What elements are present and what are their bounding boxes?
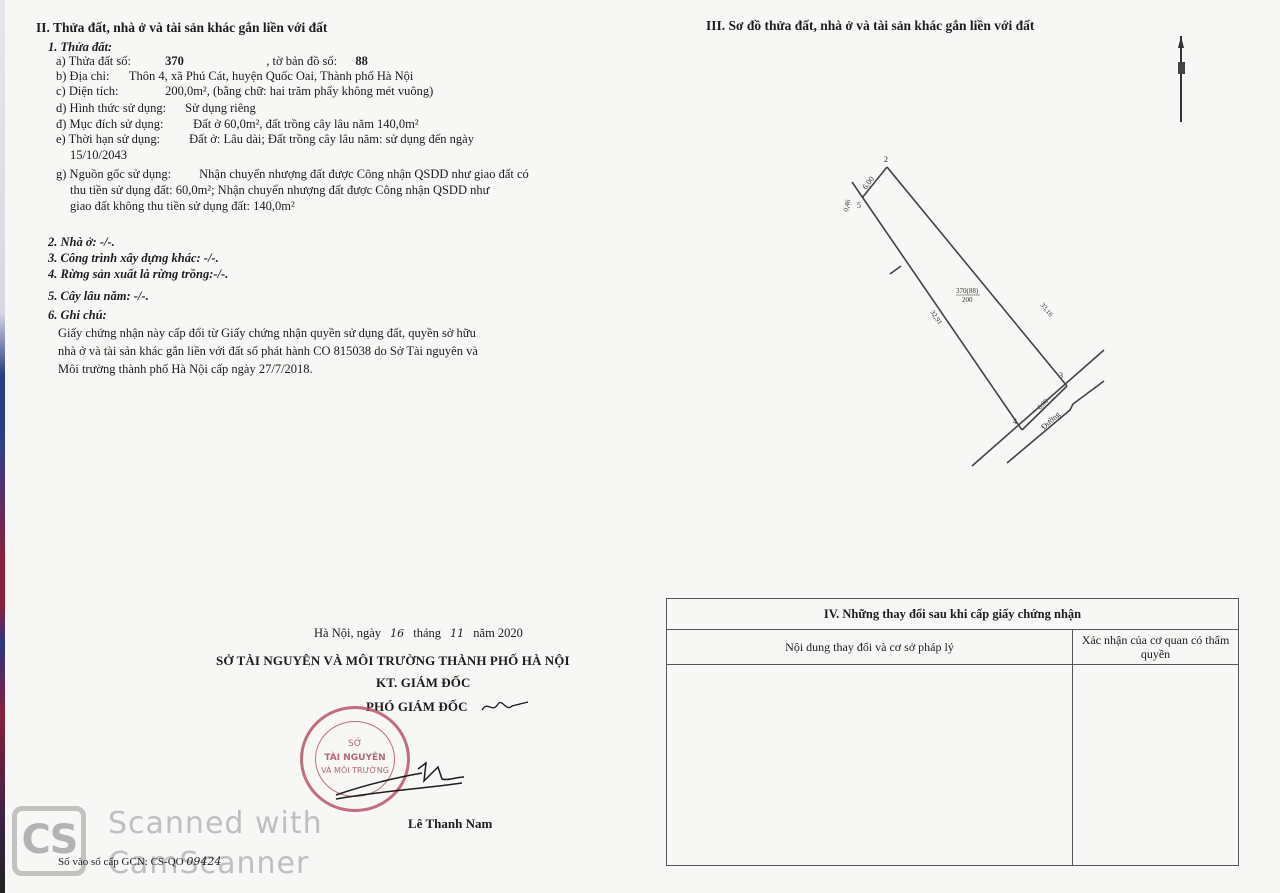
section-4-title: IV. Những thay đổi sau khi cấp giấy chứn… [667,599,1238,630]
parcel-diagram: 2 5 3 4 6,00 0,46 33,16 32,91 6,00 370(8… [0,0,1280,600]
edge-right-length: 33,16 [1038,301,1054,319]
place-date: Hà Nội, ngày 16 tháng 11 năm 2020 [314,626,523,641]
signer-name: Lê Thanh Nam [408,816,492,832]
authority-confirmation-header: Xác nhận của cơ quan có thẩm quyền [1073,630,1238,664]
watermark-line-1: Scanned with [108,806,323,841]
edge-short-left-length: 0,46 [842,198,852,212]
registry-label: Số vào sổ cấp GCN: [58,856,148,868]
parcel-area-label: 200 [962,296,973,304]
edge-top-length: 6,00 [860,175,876,192]
date-month-handwritten: 11 [450,627,464,640]
land-certificate-page: II. Thửa đất, nhà ở và tài sản khác gắn … [0,0,1280,893]
date-day-handwritten: 16 [390,627,404,640]
month-label: tháng [413,626,441,640]
signature-icon [330,755,470,805]
year-label: năm 2020 [473,626,523,640]
vertex-5-label: 5 [857,201,861,210]
vertex-4-label: 4 [1013,417,1017,426]
vertex-2-label: 2 [884,155,888,164]
registry-handwritten: 09424 [186,855,221,868]
on-behalf-title: KT. GIÁM ĐỐC [376,675,471,691]
changes-table-body [667,665,1238,865]
north-arrow-icon [1178,36,1185,122]
initials-icon [480,696,530,716]
vertex-3-label: 3 [1059,371,1063,380]
registry-number: Số vào sổ cấp GCN: CS-QO 09424 [58,855,221,868]
parcel-id-label: 370(88) [956,287,979,295]
changes-table: IV. Những thay đổi sau khi cấp giấy chứn… [666,598,1239,866]
stamp-text-1: SỞ [303,739,407,749]
edge-left-length: 32,91 [928,309,944,327]
change-content-cell [667,665,1073,865]
change-content-header: Nội dung thay đổi và cơ sở pháp lý [667,630,1073,664]
changes-table-header: Nội dung thay đổi và cơ sở pháp lý Xác n… [667,630,1238,665]
place-date-prefix: Hà Nội, ngày [314,626,381,640]
issuing-organization: SỞ TÀI NGUYÊN VÀ MÔI TRƯỜNG THÀNH PHỐ HÀ… [216,653,570,669]
registry-value: CS-QO [151,856,184,868]
authority-confirmation-cell [1073,665,1238,865]
